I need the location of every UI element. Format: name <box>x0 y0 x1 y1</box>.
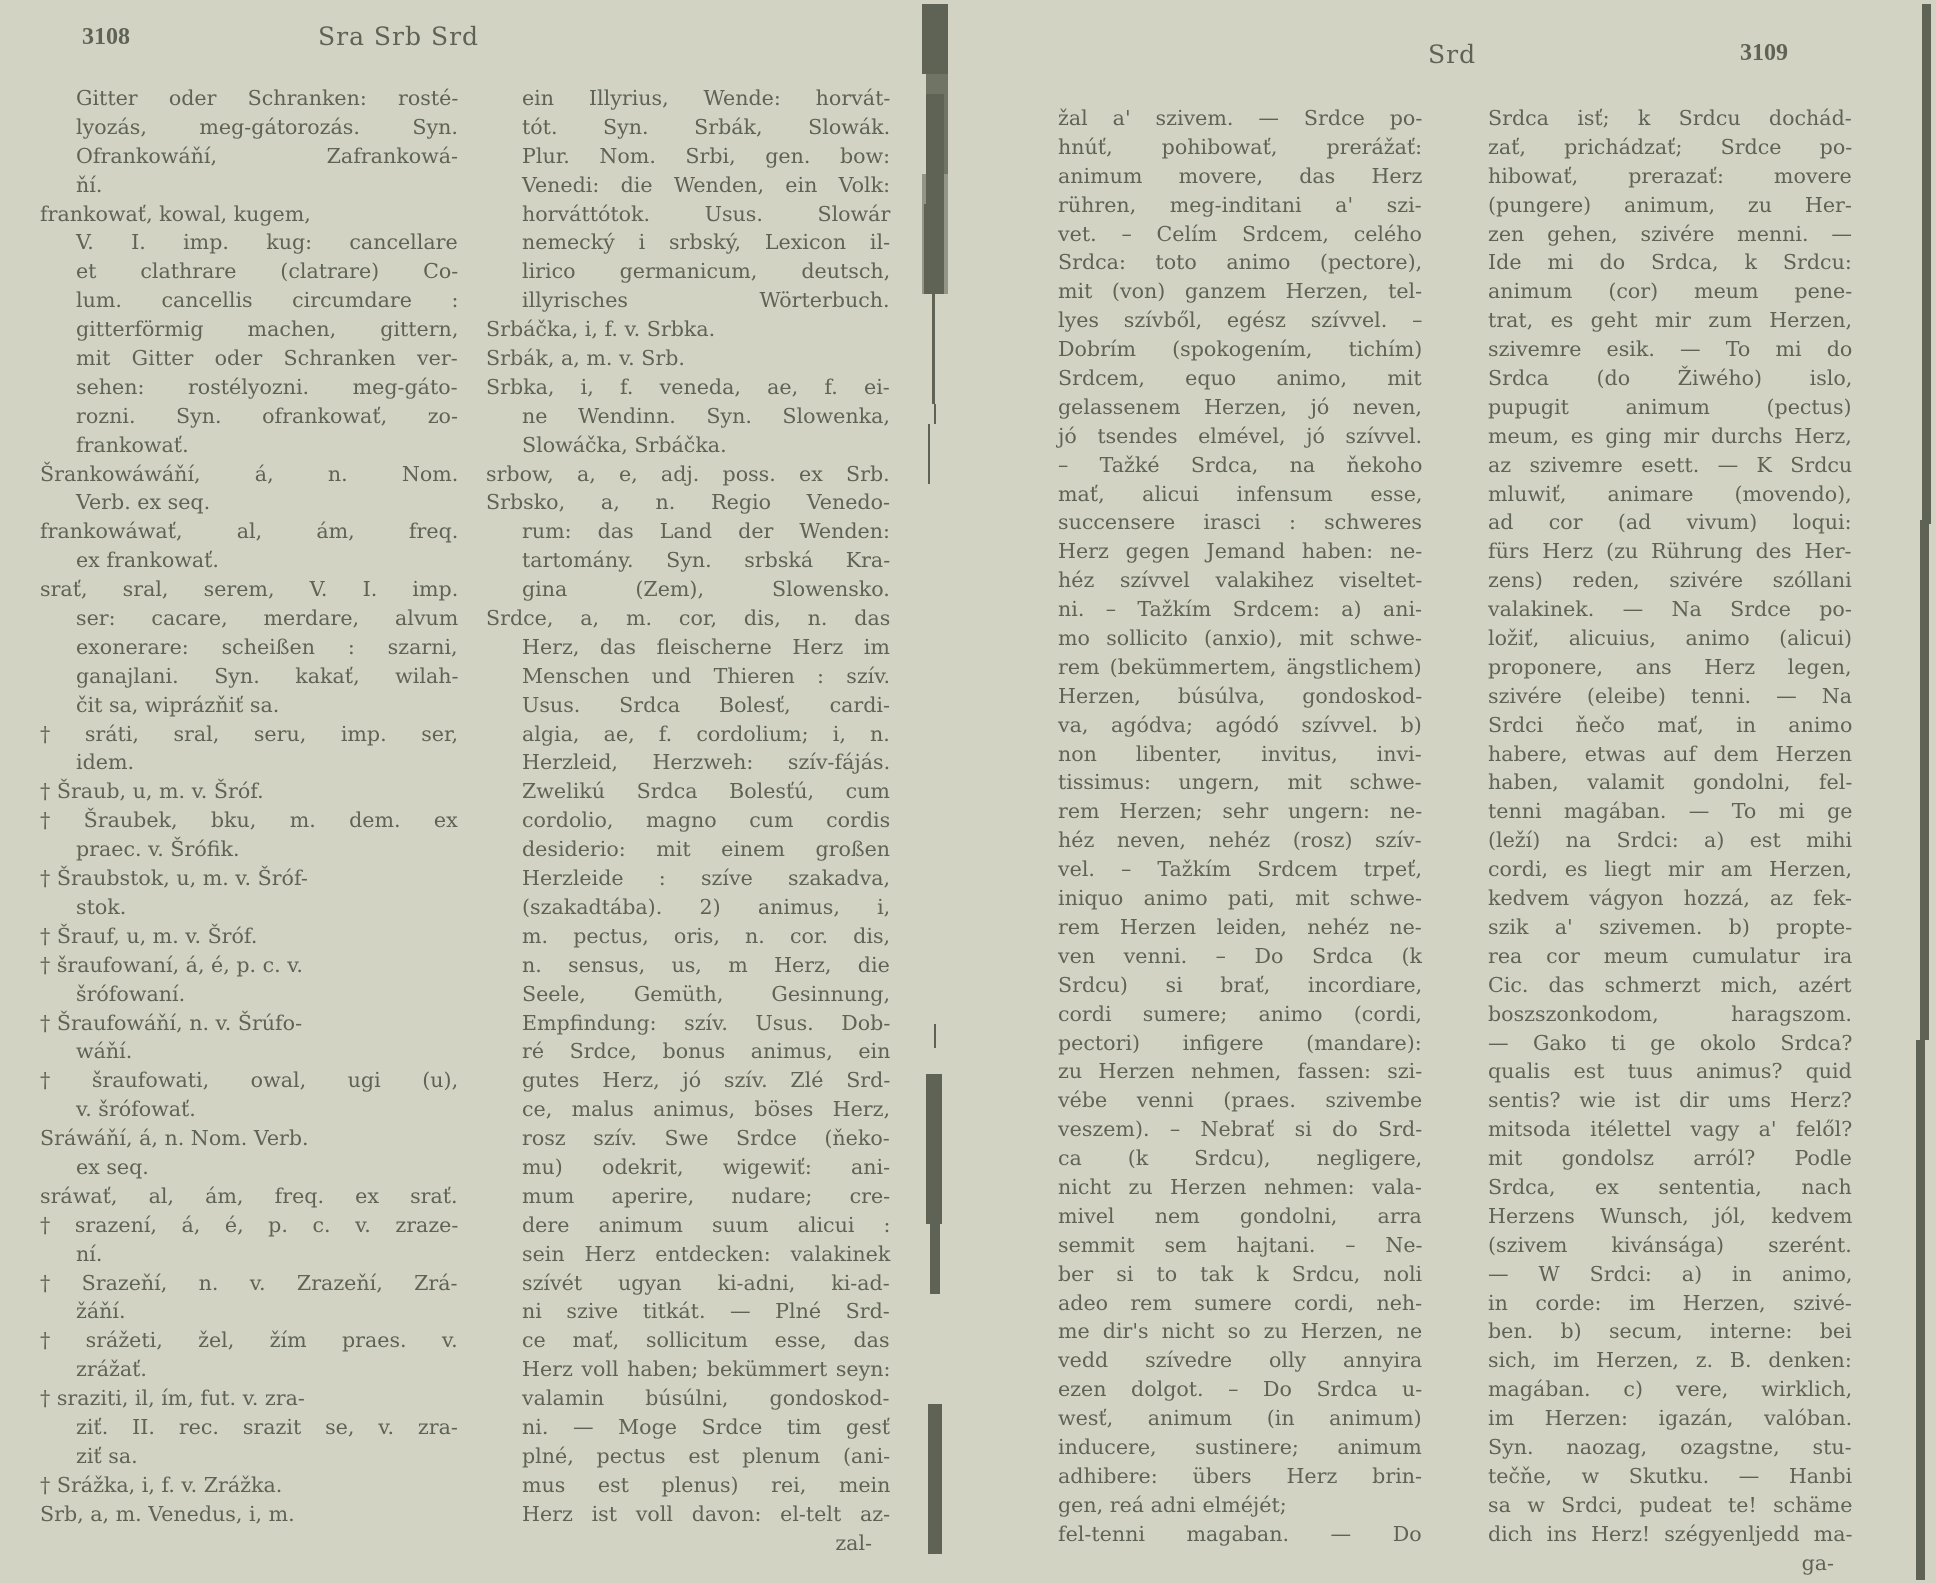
dictionary-text-line: inducere, sustinere; animum <box>1022 1433 1422 1462</box>
page-edge-shadow <box>1922 4 1931 524</box>
dictionary-text-line: ezen dolgot. – Do Srdca u- <box>1022 1375 1422 1404</box>
dictionary-headword-line: † Šraufowáňí, n. v. Šrúfo- <box>40 1009 458 1038</box>
dictionary-text-line: ne Wendinn. Syn. Slowenka, <box>486 402 890 431</box>
dictionary-text-line: pectori) infigere (mandare): <box>1022 1029 1422 1058</box>
dictionary-text-line: algia, ae, f. cordolium; i, n. <box>486 720 890 749</box>
dictionary-text-line: Srdci ňečo mať, in animo <box>1452 711 1852 740</box>
dictionary-text-line: szik a' szivemen. b) propte- <box>1452 913 1852 942</box>
dictionary-text-line: va, agódva; agódó szívvel. b) <box>1022 711 1422 740</box>
dictionary-text-line: in corde: im Herzen, szivé- <box>1452 1289 1852 1318</box>
dictionary-text-line: sa w Srdci, pudeat te! schäme <box>1452 1491 1852 1520</box>
dictionary-text-line: gutes Herz, jó szív. Zlé Srd- <box>486 1066 890 1095</box>
dictionary-headword-line: Srbák, a, m. v. Srb. <box>486 344 890 373</box>
dictionary-text-line: qualis est tuus animus? quid <box>1452 1057 1852 1086</box>
dictionary-text-line: ni. – Tažkím Srdcem: a) ani- <box>1022 595 1422 624</box>
dictionary-text-line: ní. <box>40 1240 458 1269</box>
dictionary-text-line: hnúť, pohibowať, prerážať: <box>1022 133 1422 162</box>
dictionary-text-line: magában. c) vere, wirklich, <box>1452 1375 1852 1404</box>
dictionary-text-line: gitterförmig machen, gittern, <box>40 315 458 344</box>
dictionary-text-line: ni. — Moge Srdce tim gesť <box>486 1413 890 1442</box>
dictionary-text-line: zal- <box>486 1529 890 1558</box>
dictionary-text-line: – Tažké Srdca, na ňekoho <box>1022 451 1422 480</box>
dictionary-text-line: stok. <box>40 893 458 922</box>
dictionary-text-line: Srdca, ex sententia, nach <box>1452 1173 1852 1202</box>
dictionary-headword-line: srať, sral, serem, V. I. imp. <box>40 575 458 604</box>
dictionary-text-line: fürs Herz (zu Rührung des Her- <box>1452 537 1852 566</box>
dictionary-text-line: Herz ist voll davon: el-telt az- <box>486 1500 890 1529</box>
dictionary-text-line: zať, prichádzať; Srdce po- <box>1452 133 1852 162</box>
dictionary-text-line: Seele, Gemüth, Gesinnung, <box>486 980 890 1009</box>
dictionary-text-line: gen, reá adni elméjét; <box>1022 1491 1422 1520</box>
dictionary-text-line: ca (k Srdcu), negligere, <box>1022 1144 1422 1173</box>
dictionary-text-line: rem Herzen leiden, nehéz ne- <box>1022 913 1422 942</box>
left-page: 3108 Sra Srb Srd Gitter oder Schranken: … <box>0 0 960 1583</box>
dictionary-text-line: rühren, meg-inditani a' szi- <box>1022 191 1422 220</box>
dictionary-text-line: Empfindung: szív. Usus. Dob- <box>486 1009 890 1038</box>
dictionary-text-line: desiderio: mit einem großen <box>486 835 890 864</box>
dictionary-text-line: adeo rem sumere cordi, neh- <box>1022 1289 1422 1318</box>
dictionary-text-line: mit (von) ganzem Herzen, tel- <box>1022 277 1422 306</box>
dictionary-text-line: proponere, ans Herz legen, <box>1452 653 1852 682</box>
dictionary-text-line: ni szive titkát. — Plné Srd- <box>486 1297 890 1326</box>
dictionary-text-line: Usus. Srdca Bolesť, cardi- <box>486 691 890 720</box>
dictionary-text-line: Srdcu) si brať, incordiare, <box>1022 971 1422 1000</box>
dictionary-text-line: (leží) na Srdci: a) est mihi <box>1452 826 1852 855</box>
dictionary-text-line: vet. – Celím Srdcem, celého <box>1022 220 1422 249</box>
dictionary-text-line: tartomány. Syn. srbská Kra- <box>486 546 890 575</box>
dictionary-text-line: Herz, das fleischerne Herz im <box>486 633 890 662</box>
dictionary-text-line: V. I. imp. kug: cancellare <box>40 228 458 257</box>
dictionary-text-line: dich ins Herz! szégyenljedd ma- <box>1452 1520 1852 1549</box>
dictionary-column-1: žal a' szivem. — Srdce po-hnúť, pohibowa… <box>1022 104 1422 1549</box>
dictionary-text-line: tenni magában. — To mi ge <box>1452 797 1852 826</box>
dictionary-text-line: Venedi: die Wenden, ein Volk: <box>486 171 890 200</box>
dictionary-text-line: ber si to tak k Srdcu, noli <box>1022 1260 1422 1289</box>
dictionary-text-line: wáňí. <box>40 1037 458 1066</box>
dictionary-text-line: Zwelikú Srdca Bolesťú, cum <box>486 777 890 806</box>
dictionary-text-line: Ofrankowáňí, Zafrankowá- <box>40 142 458 171</box>
dictionary-text-line: vébe venni (praes. szivembe <box>1022 1086 1422 1115</box>
dictionary-text-line: ňí. <box>40 171 458 200</box>
dictionary-text-line: wesť, animum (in animum) <box>1022 1404 1422 1433</box>
dictionary-column-1: Gitter oder Schranken: rosté-lyozás, meg… <box>40 84 458 1529</box>
dictionary-text-line: tissimus: ungern, mit schwe- <box>1022 768 1422 797</box>
dictionary-text-line: mu) odekrit, wigewiť: ani- <box>486 1153 890 1182</box>
dictionary-text-line: gelassenem Herzen, jó neven, <box>1022 393 1422 422</box>
dictionary-text-line: ex seq. <box>40 1153 458 1182</box>
page-number: 3108 <box>82 24 130 51</box>
dictionary-text-line: mus est plenus) rei, mein <box>486 1471 890 1500</box>
dictionary-text-line: héz szívvel valakihez viseltet- <box>1022 566 1422 595</box>
dictionary-text-line: fel-tenni magaban. — Do <box>1022 1520 1422 1549</box>
dictionary-text-line: tót. Syn. Srbák, Slowák. <box>486 113 890 142</box>
dictionary-text-line: ziť sa. <box>40 1442 458 1471</box>
dictionary-text-line: ganajlani. Syn. kakať, wilah- <box>40 662 458 691</box>
dictionary-text-line: žal a' szivem. — Srdce po- <box>1022 104 1422 133</box>
running-head: Srd <box>1428 40 1476 69</box>
dictionary-text-line: Herzleid, Herzweh: szív-fájás. <box>486 748 890 777</box>
dictionary-headword-line: Srbsko, a, n. Regio Venedo- <box>486 488 890 517</box>
dictionary-text-line: cordolio, magno cum cordis <box>486 806 890 835</box>
dictionary-text-line: ložiť, alicuius, animo (alicui) <box>1452 624 1852 653</box>
dictionary-text-line: iniquo animo pati, mit schwe- <box>1022 884 1422 913</box>
dictionary-text-line: adhibere: übers Herz brin- <box>1022 1462 1422 1491</box>
dictionary-text-line: (szivem kivánsága) szerént. <box>1452 1231 1852 1260</box>
dictionary-column-2: Srdca isť; k Srdcu dochád-zať, prichádza… <box>1452 104 1852 1577</box>
dictionary-text-line: Srdcem, equo animo, mit <box>1022 364 1422 393</box>
running-head: Sra Srb Srd <box>318 22 479 51</box>
dictionary-text-line: nicht zu Herzen nehmen: vala- <box>1022 1173 1422 1202</box>
dictionary-text-line: vel. – Tažkím Srdcem trpeť, <box>1022 855 1422 884</box>
dictionary-text-line: pupugit animum (pectus) <box>1452 393 1852 422</box>
dictionary-text-line: idem. <box>40 748 458 777</box>
dictionary-headword-line: srbow, a, e, adj. poss. ex Srb. <box>486 460 890 489</box>
dictionary-text-line: kedvem vágyon hozzá, az fek- <box>1452 884 1852 913</box>
dictionary-text-line: ce mať, sollicitum esse, das <box>486 1326 890 1355</box>
dictionary-text-line: rosz szív. Swe Srdce (ňeko- <box>486 1124 890 1153</box>
dictionary-text-line: nemecký i srbský, Lexicon il- <box>486 228 890 257</box>
dictionary-headword-line: Srbáčka, i, f. v. Srbka. <box>486 315 890 344</box>
dictionary-text-line: mit Gitter oder Schranken ver- <box>40 344 458 373</box>
dictionary-text-line: semmit sem hajtani. – Ne- <box>1022 1231 1422 1260</box>
dictionary-text-line: jó tsendes elmével, jó szívvel. <box>1022 422 1422 451</box>
dictionary-headword-line: † Srazeňí, n. v. Zrazeňí, Zrá- <box>40 1269 458 1298</box>
dictionary-text-line: (szakadtába). 2) animus, i, <box>486 893 890 922</box>
dictionary-headword-line: Srbka, i, f. veneda, ae, f. ei- <box>486 373 890 402</box>
dictionary-text-line: szívét ugyan ki-adni, ki-ad- <box>486 1269 890 1298</box>
dictionary-headword-line: frankowáwať, al, ám, freq. <box>40 517 458 546</box>
dictionary-headword-line: † šraufowaní, á, é, p. c. v. <box>40 951 458 980</box>
dictionary-text-line: — Gako ti ge okolo Srdca? <box>1452 1029 1852 1058</box>
dictionary-text-line: non libenter, invitus, invi- <box>1022 740 1422 769</box>
dictionary-text-line: exonerare: scheißen : szarni, <box>40 633 458 662</box>
dictionary-text-line: rem Herzen; sehr ungern: ne- <box>1022 797 1422 826</box>
dictionary-text-line: lyes szívből, egész szívvel. – <box>1022 306 1422 335</box>
dictionary-text-line: Srdca: toto animo (pectore), <box>1022 248 1422 277</box>
dictionary-text-line: vedd szívedre olly annyira <box>1022 1346 1422 1375</box>
dictionary-text-line: veszem). – Nebrať si do Srd- <box>1022 1115 1422 1144</box>
dictionary-text-line: tečňe, w Skutku. — Hanbi <box>1452 1462 1852 1491</box>
page-number: 3109 <box>1740 40 1788 67</box>
dictionary-text-line: lyozás, meg-gátorozás. Syn. <box>40 113 458 142</box>
dictionary-text-line: ce, malus animus, böses Herz, <box>486 1095 890 1124</box>
dictionary-text-line: Menschen und Thieren : szív. <box>486 662 890 691</box>
dictionary-text-line: n. sensus, us, m Herz, die <box>486 951 890 980</box>
dictionary-text-line: haben, valamit gondolni, fel- <box>1452 768 1852 797</box>
dictionary-text-line: im Herzen: igazán, valóban. <box>1452 1404 1852 1433</box>
dictionary-text-line: Verb. ex seq. <box>40 488 458 517</box>
dictionary-headword-line: frankowať, kowal, kugem, <box>40 200 458 229</box>
dictionary-text-line: sein Herz entdecken: valakinek <box>486 1240 890 1269</box>
dictionary-text-line: ga- <box>1452 1549 1852 1578</box>
dictionary-text-line: ziť. II. rec. srazit se, v. zra- <box>40 1413 458 1442</box>
dictionary-text-line: lum. cancellis circumdare : <box>40 286 458 315</box>
dictionary-text-line: Herzleide : szíve szakadva, <box>486 864 890 893</box>
dictionary-text-line: mluwiť, animare (movendo), <box>1452 480 1852 509</box>
dictionary-text-line: me dir's nicht so zu Herzen, ne <box>1022 1317 1422 1346</box>
dictionary-headword-line: † Šraub, u, m. v. Šróf. <box>40 777 458 806</box>
dictionary-text-line: Herz voll haben; bekümmert seyn: <box>486 1355 890 1384</box>
dictionary-text-line: mit gondolsz arról? Podle <box>1452 1144 1852 1173</box>
dictionary-text-line: ser: cacare, merdare, alvum <box>40 604 458 633</box>
dictionary-text-line: mum aperire, nudare; cre- <box>486 1182 890 1211</box>
page-edge-shadow <box>1920 520 1929 1040</box>
dictionary-headword-line: † Šraubstok, u, m. v. Šróf- <box>40 864 458 893</box>
dictionary-text-line: praec. v. Šrófik. <box>40 835 458 864</box>
dictionary-text-line: Herzens Wunsch, jól, kedvem <box>1452 1202 1852 1231</box>
dictionary-text-line: — W Srdci: a) in animo, <box>1452 1260 1852 1289</box>
dictionary-text-line: dere animum suum alicui : <box>486 1211 890 1240</box>
dictionary-text-line: valamin búsúlni, gondoskod- <box>486 1384 890 1413</box>
dictionary-headword-line: Srdce, a, m. cor, dis, n. das <box>486 604 890 633</box>
dictionary-text-line: sentis? wie ist dir ums Herz? <box>1452 1086 1852 1115</box>
dictionary-headword-line: † sráti, sral, seru, imp. ser, <box>40 720 458 749</box>
dictionary-headword-line: sráwať, al, ám, freq. ex srať. <box>40 1182 458 1211</box>
dictionary-text-line: ex frankowať. <box>40 546 458 575</box>
dictionary-text-line: meum, es ging mir durchs Herz, <box>1452 422 1852 451</box>
dictionary-text-line: Plur. Nom. Srbi, gen. bow: <box>486 142 890 171</box>
dictionary-text-line: ven venni. – Do Srdca (k <box>1022 942 1422 971</box>
dictionary-text-line: sehen: rostélyozni. meg-gáto- <box>40 373 458 402</box>
dictionary-text-line: valakinek. — Na Srdce po- <box>1452 595 1852 624</box>
book-spread: 3108 Sra Srb Srd Gitter oder Schranken: … <box>0 0 1936 1583</box>
dictionary-text-line: ben. b) secum, interne: bei <box>1452 1317 1852 1346</box>
dictionary-text-line: ad cor (ad vivum) loqui: <box>1452 508 1852 537</box>
dictionary-text-line: Dobrím (spokogením, tichím) <box>1022 335 1422 364</box>
dictionary-text-line: Slowáčka, Srbáčka. <box>486 431 890 460</box>
dictionary-text-line: succensere irasci : schweres <box>1022 508 1422 537</box>
dictionary-text-line: zu Herzen nehmen, fassen: szi- <box>1022 1057 1422 1086</box>
page-edge-shadow <box>1916 1040 1925 1580</box>
dictionary-text-line: mo sollicito (anxio), mit schwe- <box>1022 624 1422 653</box>
dictionary-headword-line: † srážeti, žel, žím praes. v. <box>40 1326 458 1355</box>
dictionary-text-line: žáňí. <box>40 1297 458 1326</box>
dictionary-headword-line: Šrankowáwáňí, á, n. Nom. <box>40 460 458 489</box>
dictionary-text-line: zens) reden, szivére szóllani <box>1452 566 1852 595</box>
dictionary-text-line: trat, es geht mir zum Herzen, <box>1452 306 1852 335</box>
dictionary-text-line: Srdca isť; k Srdcu dochád- <box>1452 104 1852 133</box>
dictionary-text-line: animum movere, das Herz <box>1022 162 1422 191</box>
dictionary-column-2: ein Illyrius, Wende: horvát-tót. Syn. Sr… <box>486 84 890 1557</box>
dictionary-headword-line: † Srážka, i, f. v. Zrážka. <box>40 1471 458 1500</box>
right-page: Srd 3109 žal a' szivem. — Srdce po-hnúť,… <box>1000 0 1936 1583</box>
dictionary-text-line: zrážať. <box>40 1355 458 1384</box>
dictionary-text-line: cordi sumere; animo (cordi, <box>1022 1000 1422 1029</box>
dictionary-text-line: mitsoda itélettel vagy a' felől? <box>1452 1115 1852 1144</box>
dictionary-text-line: m. pectus, oris, n. cor. dis, <box>486 922 890 951</box>
dictionary-text-line: cordi, es liegt mir am Herzen, <box>1452 855 1852 884</box>
dictionary-text-line: mivel nem gondolni, arra <box>1022 1202 1422 1231</box>
dictionary-headword-line: Srb, a, m. Venedus, i, m. <box>40 1500 458 1529</box>
dictionary-headword-line: Sráwáňí, á, n. Nom. Verb. <box>40 1124 458 1153</box>
dictionary-text-line: Srdca (do Žiwého) islo, <box>1452 364 1852 393</box>
dictionary-text-line: mať, alicui infensum esse, <box>1022 480 1422 509</box>
dictionary-text-line: szivemre esik. — To mi do <box>1452 335 1852 364</box>
dictionary-headword-line: † Šraubek, bku, m. dem. ex <box>40 806 458 835</box>
dictionary-text-line: frankowať. <box>40 431 458 460</box>
dictionary-headword-line: † Šrauf, u, m. v. Šróf. <box>40 922 458 951</box>
dictionary-text-line: az szivemre esett. — K Srdcu <box>1452 451 1852 480</box>
dictionary-text-line: rea cor meum cumulatur ira <box>1452 942 1852 971</box>
dictionary-text-line: szivére (eleibe) tenni. — Na <box>1452 682 1852 711</box>
dictionary-headword-line: † srazení, á, é, p. c. v. zraze- <box>40 1211 458 1240</box>
dictionary-headword-line: † šraufowati, owal, ugi (u), <box>40 1066 458 1095</box>
dictionary-text-line: horváttótok. Usus. Slowár <box>486 200 890 229</box>
dictionary-text-line: boszszonkodom, haragszom. <box>1452 1000 1852 1029</box>
dictionary-text-line: lirico germanicum, deutsch, <box>486 257 890 286</box>
dictionary-text-line: čit sa, wiprázňiť sa. <box>40 691 458 720</box>
dictionary-text-line: habere, etwas auf dem Herzen <box>1452 740 1852 769</box>
dictionary-text-line: plné, pectus est plenum (ani- <box>486 1442 890 1471</box>
dictionary-text-line: Herz gegen Jemand haben: ne- <box>1022 537 1422 566</box>
dictionary-text-line: Cic. das schmerzt mich, azért <box>1452 971 1852 1000</box>
binding-gutter-shadow <box>920 4 950 1574</box>
dictionary-text-line: zen gehen, szivére menni. — <box>1452 220 1852 249</box>
dictionary-text-line: héz neven, nehéz (rosz) szív- <box>1022 826 1422 855</box>
dictionary-text-line: šrófowaní. <box>40 980 458 1009</box>
dictionary-text-line: illyrisches Wörterbuch. <box>486 286 890 315</box>
dictionary-text-line: Syn. naozag, ozagstne, stu- <box>1452 1433 1852 1462</box>
dictionary-text-line: rozni. Syn. ofrankowať, zo- <box>40 402 458 431</box>
dictionary-text-line: ré Srdce, bonus animus, ein <box>486 1037 890 1066</box>
dictionary-text-line: rum: das Land der Wenden: <box>486 517 890 546</box>
dictionary-text-line: v. šrófowať. <box>40 1095 458 1124</box>
dictionary-text-line: ein Illyrius, Wende: horvát- <box>486 84 890 113</box>
dictionary-text-line: hibowať, prerazať: movere <box>1452 162 1852 191</box>
dictionary-text-line: animum (cor) meum pene- <box>1452 277 1852 306</box>
dictionary-text-line: Ide mi do Srdca, k Srdcu: <box>1452 248 1852 277</box>
dictionary-text-line: et clathrare (clatrare) Co- <box>40 257 458 286</box>
dictionary-text-line: rem (bekümmertem, ängstlichem) <box>1022 653 1422 682</box>
dictionary-text-line: sich, im Herzen, z. B. denken: <box>1452 1346 1852 1375</box>
dictionary-text-line: (pungere) animum, zu Her- <box>1452 191 1852 220</box>
dictionary-text-line: Herzen, búsúlva, gondoskod- <box>1022 682 1422 711</box>
dictionary-text-line: Gitter oder Schranken: rosté- <box>40 84 458 113</box>
dictionary-headword-line: † sraziti, il, ím, fut. v. zra- <box>40 1384 458 1413</box>
dictionary-text-line: gina (Zem), Slowensko. <box>486 575 890 604</box>
